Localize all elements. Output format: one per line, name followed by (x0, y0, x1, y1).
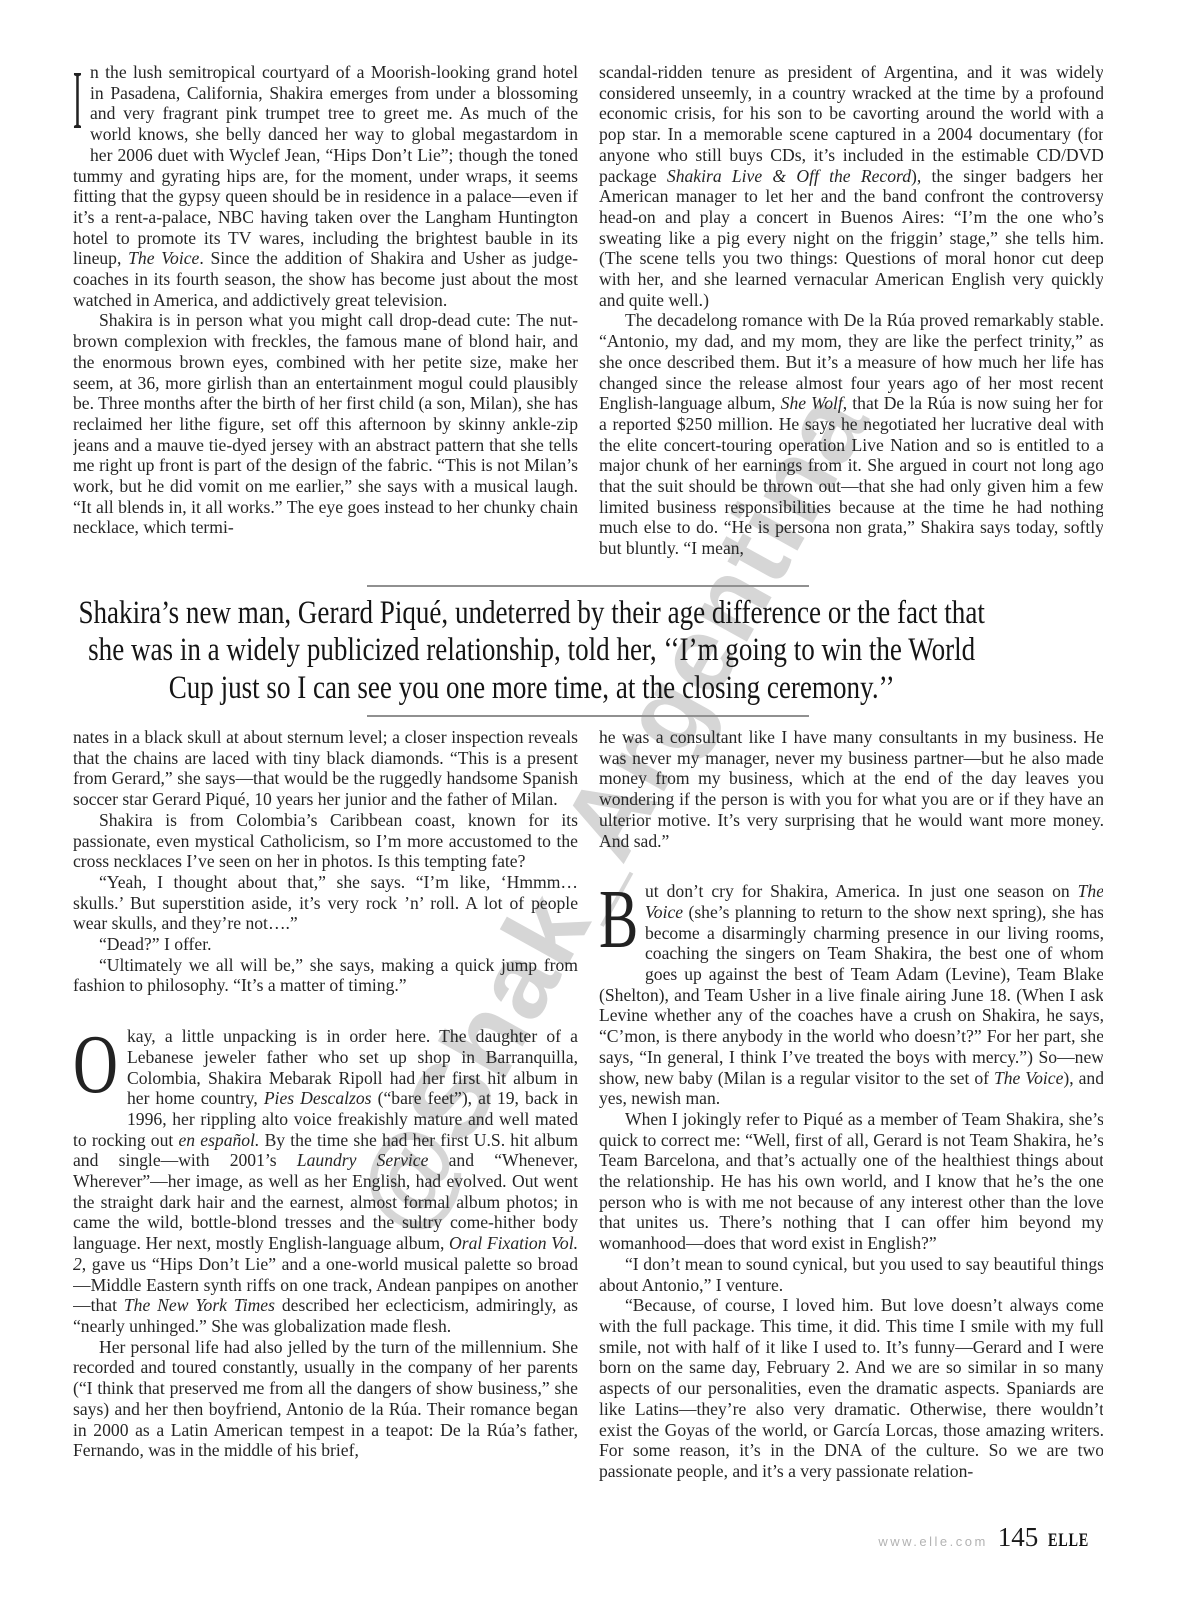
magazine-page: @Shak_Argentina In the lush semitropical… (0, 0, 1177, 1600)
text-run: he was a consultant like I have many con… (599, 727, 1103, 851)
text-run: “Because, of course, I loved him. But lo… (599, 1295, 1103, 1481)
paragraph: “Because, of course, I loved him. But lo… (599, 1295, 1103, 1481)
pull-quote-text: Shakira’s new man, Gerard Piqué, undeter… (63, 595, 1001, 708)
drop-cap: I (73, 65, 76, 147)
page-number: 145 (998, 1524, 1039, 1551)
paragraph: Shakira is from Colombia’s Caribbean coa… (73, 810, 578, 872)
website-url: www.elle.com (878, 1534, 987, 1549)
paragraph: “Dead?” I offer. (73, 934, 578, 955)
paragraph: Her personal life had also jelled by the… (73, 1337, 578, 1461)
text-run: ut don’t cry for Shakira, America. In ju… (645, 881, 1078, 901)
paragraph: “I don’t mean to sound cynical, but you … (599, 1254, 1103, 1295)
paragraph: he was a consultant like I have many con… (599, 727, 1103, 851)
page-footer: www.elle.com 145 ELLE (878, 1524, 1103, 1552)
text-run: The New York Times (124, 1295, 275, 1315)
paragraph: “Yeah, I thought about that,” she says. … (73, 872, 578, 934)
text-run: , that De la Rúa is now suing her for a … (599, 393, 1103, 558)
text-run: When I jokingly refer to Piqué as a memb… (599, 1109, 1103, 1253)
text-run: She Wolf (781, 393, 843, 413)
paragraph: scandal-ridden tenure as president of Ar… (599, 62, 1103, 310)
pull-quote: Shakira’s new man, Gerard Piqué, undeter… (73, 585, 1103, 717)
column-left-bottom: nates in a black skull at about sternum … (73, 727, 578, 1522)
paragraph: Okay, a little unpacking is in order her… (73, 1026, 578, 1337)
text-run: Shakira is in person what you might call… (73, 310, 578, 537)
column-right-bottom: he was a consultant like I have many con… (599, 727, 1103, 1522)
text-run: The Voice (994, 1068, 1063, 1088)
text-run: Her personal life had also jelled by the… (73, 1337, 578, 1461)
text-run: “Yeah, I thought about that,” she says. … (73, 872, 578, 933)
text-run: Shakira Live & Off the Record (667, 166, 911, 186)
divider-rule-bottom (367, 715, 809, 717)
text-run: “I don’t mean to sound cynical, but you … (599, 1254, 1103, 1295)
pull-quote-wrap: Shakira’s new man, Gerard Piqué, undeter… (73, 587, 1103, 715)
text-run: Shakira is from Colombia’s Caribbean coa… (73, 810, 578, 871)
text-run: The Voice (128, 248, 199, 268)
text-run: (she’s planning to return to the show ne… (599, 902, 1103, 1088)
drop-cap: B (599, 884, 626, 966)
article-top-band: In the lush semitropical courtyard of a … (73, 62, 1103, 580)
text-run: “Ultimately we all will be,” she says, m… (73, 955, 578, 996)
text-run: nates in a black skull at about sternum … (73, 727, 578, 809)
paragraph: nates in a black skull at about sternum … (73, 727, 578, 810)
paragraph: In the lush semitropical courtyard of a … (73, 62, 578, 310)
text-run: en español. (178, 1130, 259, 1150)
text-run: n the lush semitropical courtyard of a M… (73, 62, 578, 268)
paragraph: But don’t cry for Shakira, America. In j… (599, 881, 1103, 1109)
article-bottom-band: nates in a black skull at about sternum … (73, 727, 1103, 1522)
text-run: Pies Descalzos (264, 1088, 372, 1108)
elle-logo: ELLE (1048, 1530, 1089, 1552)
paragraph: When I jokingly refer to Piqué as a memb… (599, 1109, 1103, 1254)
drop-cap: O (73, 1029, 107, 1111)
paragraph: “Ultimately we all will be,” she says, m… (73, 955, 578, 996)
paragraph: The decadelong romance with De la Rúa pr… (599, 310, 1103, 558)
column-left-top: In the lush semitropical courtyard of a … (73, 62, 578, 580)
text-run: ), the singer badgers her American manag… (599, 166, 1103, 310)
column-right-top: scandal-ridden tenure as president of Ar… (599, 62, 1103, 580)
text-run: “Dead?” I offer. (99, 934, 212, 954)
text-run: Laundry Service (297, 1150, 429, 1170)
paragraph: Shakira is in person what you might call… (73, 310, 578, 538)
